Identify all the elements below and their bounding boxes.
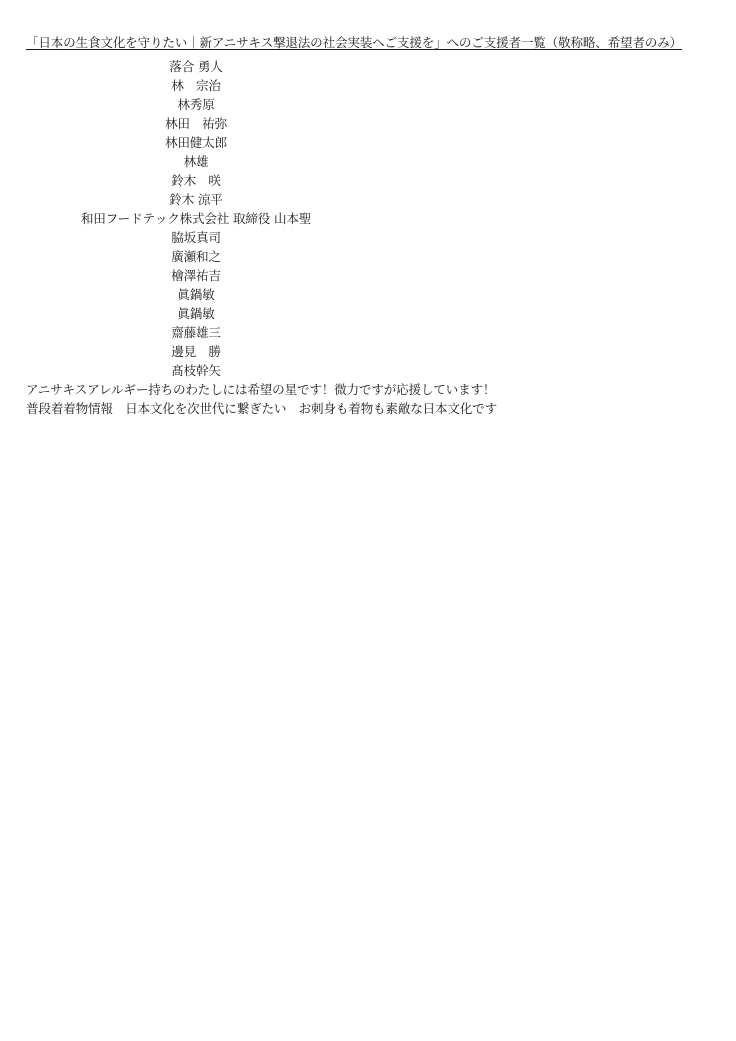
supporter-message: アニサキスアレルギー持ちのわたしには希望の星です！微力ですが応援しています！ [26,380,495,399]
document-title: 「日本の生食文化を守りたい｜新アニサキス撃退法の社会実装へご支援を」へのご支援者… [26,35,710,51]
supporter-name: 林田 祐弥 [0,114,392,133]
supporter-name: 髙枝幹矢 [0,361,392,380]
supporter-name: 和田フードテック株式会社 取締役 山本聖 [0,209,392,228]
supporter-name: 脇坂真司 [0,228,392,247]
supporter-name: 林雄 [0,152,392,171]
supporter-name: 廣瀬和之 [0,247,392,266]
supporter-name: 檜澤祐吉 [0,266,392,285]
supporter-name: 眞鍋敏 [0,285,392,304]
supporter-name: 林田健太郎 [0,133,392,152]
supporter-name: 林 宗治 [0,76,392,95]
supporter-list: 落合 勇人 林 宗治 林秀原 林田 祐弥 林田健太郎 林雄 鈴木 咲 鈴木 涼平… [0,57,392,380]
supporter-message: 普段着着物情報 日本文化を次世代に繋ぎたい お刺身も着物も素敵な日本文化です [26,399,497,418]
supporter-name: 林秀原 [0,95,392,114]
supporter-name: 邊見 勝 [0,342,392,361]
supporter-name: 眞鍋敏 [0,304,392,323]
supporter-name: 鈴木 咲 [0,171,392,190]
supporter-name: 齋藤雄三 [0,323,392,342]
supporter-name: 落合 勇人 [0,57,392,76]
supporter-name: 鈴木 涼平 [0,190,392,209]
